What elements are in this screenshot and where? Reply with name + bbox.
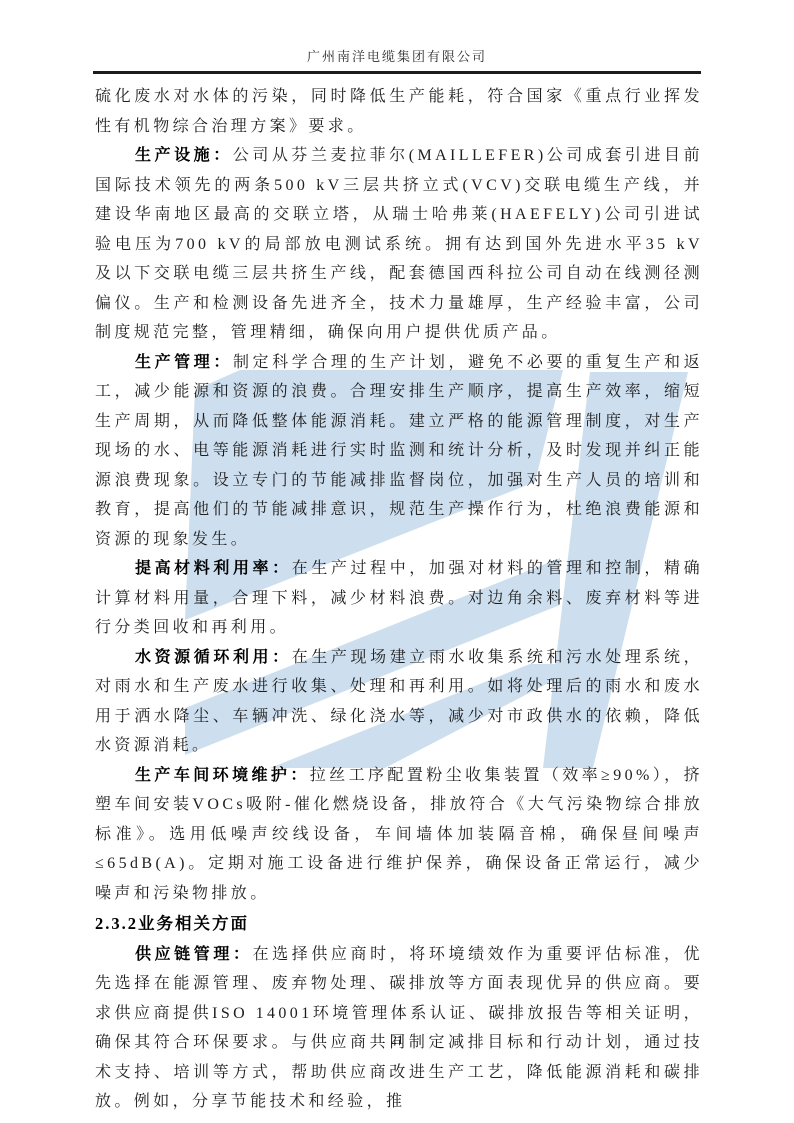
paragraph-text: 公司从芬兰麦拉菲尔(MAILLEFER)公司成套引进目前国际技术领先的两条500… xyxy=(95,147,703,341)
page-header: 广州南洋电缆集团有限公司 xyxy=(93,46,701,74)
paragraph-water-recycling: 水资源循环利用：在生产现场建立雨水收集系统和污水处理系统，对雨水和生产废水进行收… xyxy=(95,643,703,761)
paragraph-label: 生产设施： xyxy=(135,147,233,164)
section-heading-2-3-2: 2.3.2业务相关方面 xyxy=(95,909,703,939)
paragraph-workshop-environment: 生产车间环境维护：拉丝工序配置粉尘收集装置（效率≥90%），挤塑车间安装VOCs… xyxy=(95,761,703,909)
body-text: 硫化废水对水体的污染，同时降低生产能耗，符合国家《重点行业挥发性有机物综合治理方… xyxy=(95,82,703,1117)
paragraph-supply-chain-management: 供应链管理：在选择供应商时，将环境绩效作为重要评估标准，优先选择在能源管理、废弃… xyxy=(95,940,703,1117)
paragraph-label: 生产车间环境维护： xyxy=(135,767,310,784)
paragraph-label: 水资源循环利用： xyxy=(135,649,292,666)
paragraph-text: 拉丝工序配置粉尘收集装置（效率≥90%），挤塑车间安装VOCs吸附-催化燃烧设备… xyxy=(95,767,703,902)
document-page: 广州南洋电缆集团有限公司 硫化废水对水体的污染，同时降低生产能耗，符合国家《重点… xyxy=(0,0,794,1123)
paragraph-text: 在选择供应商时，将环境绩效作为重要评估标准，优先选择在能源管理、废弃物处理、碳排… xyxy=(95,946,703,1111)
paragraph-text: 制定科学合理的生产计划，避免不必要的重复生产和返工，减少能源和资源的浪费。合理安… xyxy=(95,354,703,548)
continuation-paragraph: 硫化废水对水体的污染，同时降低生产能耗，符合国家《重点行业挥发性有机物综合治理方… xyxy=(95,82,703,141)
paragraph-label: 供应链管理： xyxy=(135,946,253,963)
page-number: 21 xyxy=(0,1032,794,1048)
company-name: 广州南洋电缆集团有限公司 xyxy=(307,49,487,64)
paragraph-material-utilization: 提高材料利用率：在生产过程中，加强对材料的管理和控制，精确计算材料用量，合理下料… xyxy=(95,554,703,643)
paragraph-production-facilities: 生产设施：公司从芬兰麦拉菲尔(MAILLEFER)公司成套引进目前国际技术领先的… xyxy=(95,141,703,348)
paragraph-label: 生产管理： xyxy=(135,354,233,371)
paragraph-label: 提高材料利用率： xyxy=(135,560,292,577)
paragraph-production-management: 生产管理：制定科学合理的生产计划，避免不必要的重复生产和返工，减少能源和资源的浪… xyxy=(95,348,703,555)
